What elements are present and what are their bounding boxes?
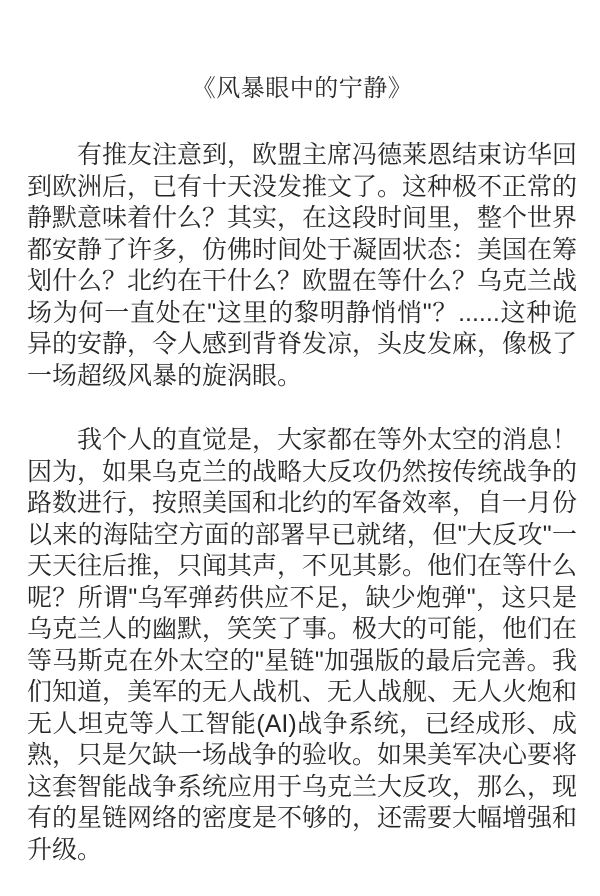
text-line: 无人坦克等人工智能(AI)战争系统，已经成形、成	[27, 709, 577, 741]
text-line: 都安静了许多，仿佛时间处于凝固状态：美国在筹	[27, 235, 577, 267]
text-line: 升级。	[27, 835, 577, 867]
text-line: 天天往后推，只闻其声，不见其影。他们在等什么	[27, 551, 577, 583]
text-line: 场为何一直处在"这里的黎明静悄悄"？......这种诡	[27, 298, 577, 330]
text-line: 有推友注意到，欧盟主席冯德莱恩结束访华回	[27, 140, 577, 172]
text-line: 呢？所谓"乌军弹药供应不足，缺少炮弹"，这只是	[27, 583, 577, 615]
text-line: 因为，如果乌克兰的战略大反攻仍然按传统战争的	[27, 457, 577, 489]
text-line: 以来的海陆空方面的部署早已就绪，但"大反攻"一	[27, 520, 577, 552]
text-line: 一场超级风暴的旋涡眼。	[27, 361, 577, 393]
text-line: 静默意味着什么？其实，在这段时间里，整个世界	[27, 203, 577, 235]
text-line: 熟，只是欠缺一场战争的验收。如果美军决心要将	[27, 740, 577, 772]
text-line: 乌克兰人的幽默，笑笑了事。极大的可能，他们在	[27, 614, 577, 646]
article-page: 《风暴眼中的宁静》 有推友注意到，欧盟主席冯德莱恩结束访华回到欧洲后，已有十天没…	[0, 0, 600, 896]
text-line: 划什么？北约在干什么？欧盟在等什么？乌克兰战	[27, 266, 577, 298]
paragraph-1: 有推友注意到，欧盟主席冯德莱恩结束访华回到欧洲后，已有十天没发推文了。这种极不正…	[27, 140, 577, 392]
paragraph-2: 我个人的直觉是，大家都在等外太空的消息！因为，如果乌克兰的战略大反攻仍然按传统战…	[27, 425, 577, 866]
article-title: 《风暴眼中的宁静》	[27, 75, 577, 103]
text-line: 到欧洲后，已有十天没发推文了。这种极不正常的	[27, 172, 577, 204]
text-line: 我个人的直觉是，大家都在等外太空的消息！	[27, 425, 577, 457]
text-line: 有的星链网络的密度是不够的，还需要大幅增强和	[27, 803, 577, 835]
text-line: 异的安静，令人感到背脊发凉，头皮发麻，像极了	[27, 329, 577, 361]
text-line: 路数进行，按照美国和北约的军备效率，自一月份	[27, 488, 577, 520]
text-line: 等马斯克在外太空的"星链"加强版的最后完善。我	[27, 646, 577, 678]
text-line: 这套智能战争系统应用于乌克兰大反攻，那么，现	[27, 772, 577, 804]
text-line: 们知道，美军的无人战机、无人战舰、无人火炮和	[27, 677, 577, 709]
